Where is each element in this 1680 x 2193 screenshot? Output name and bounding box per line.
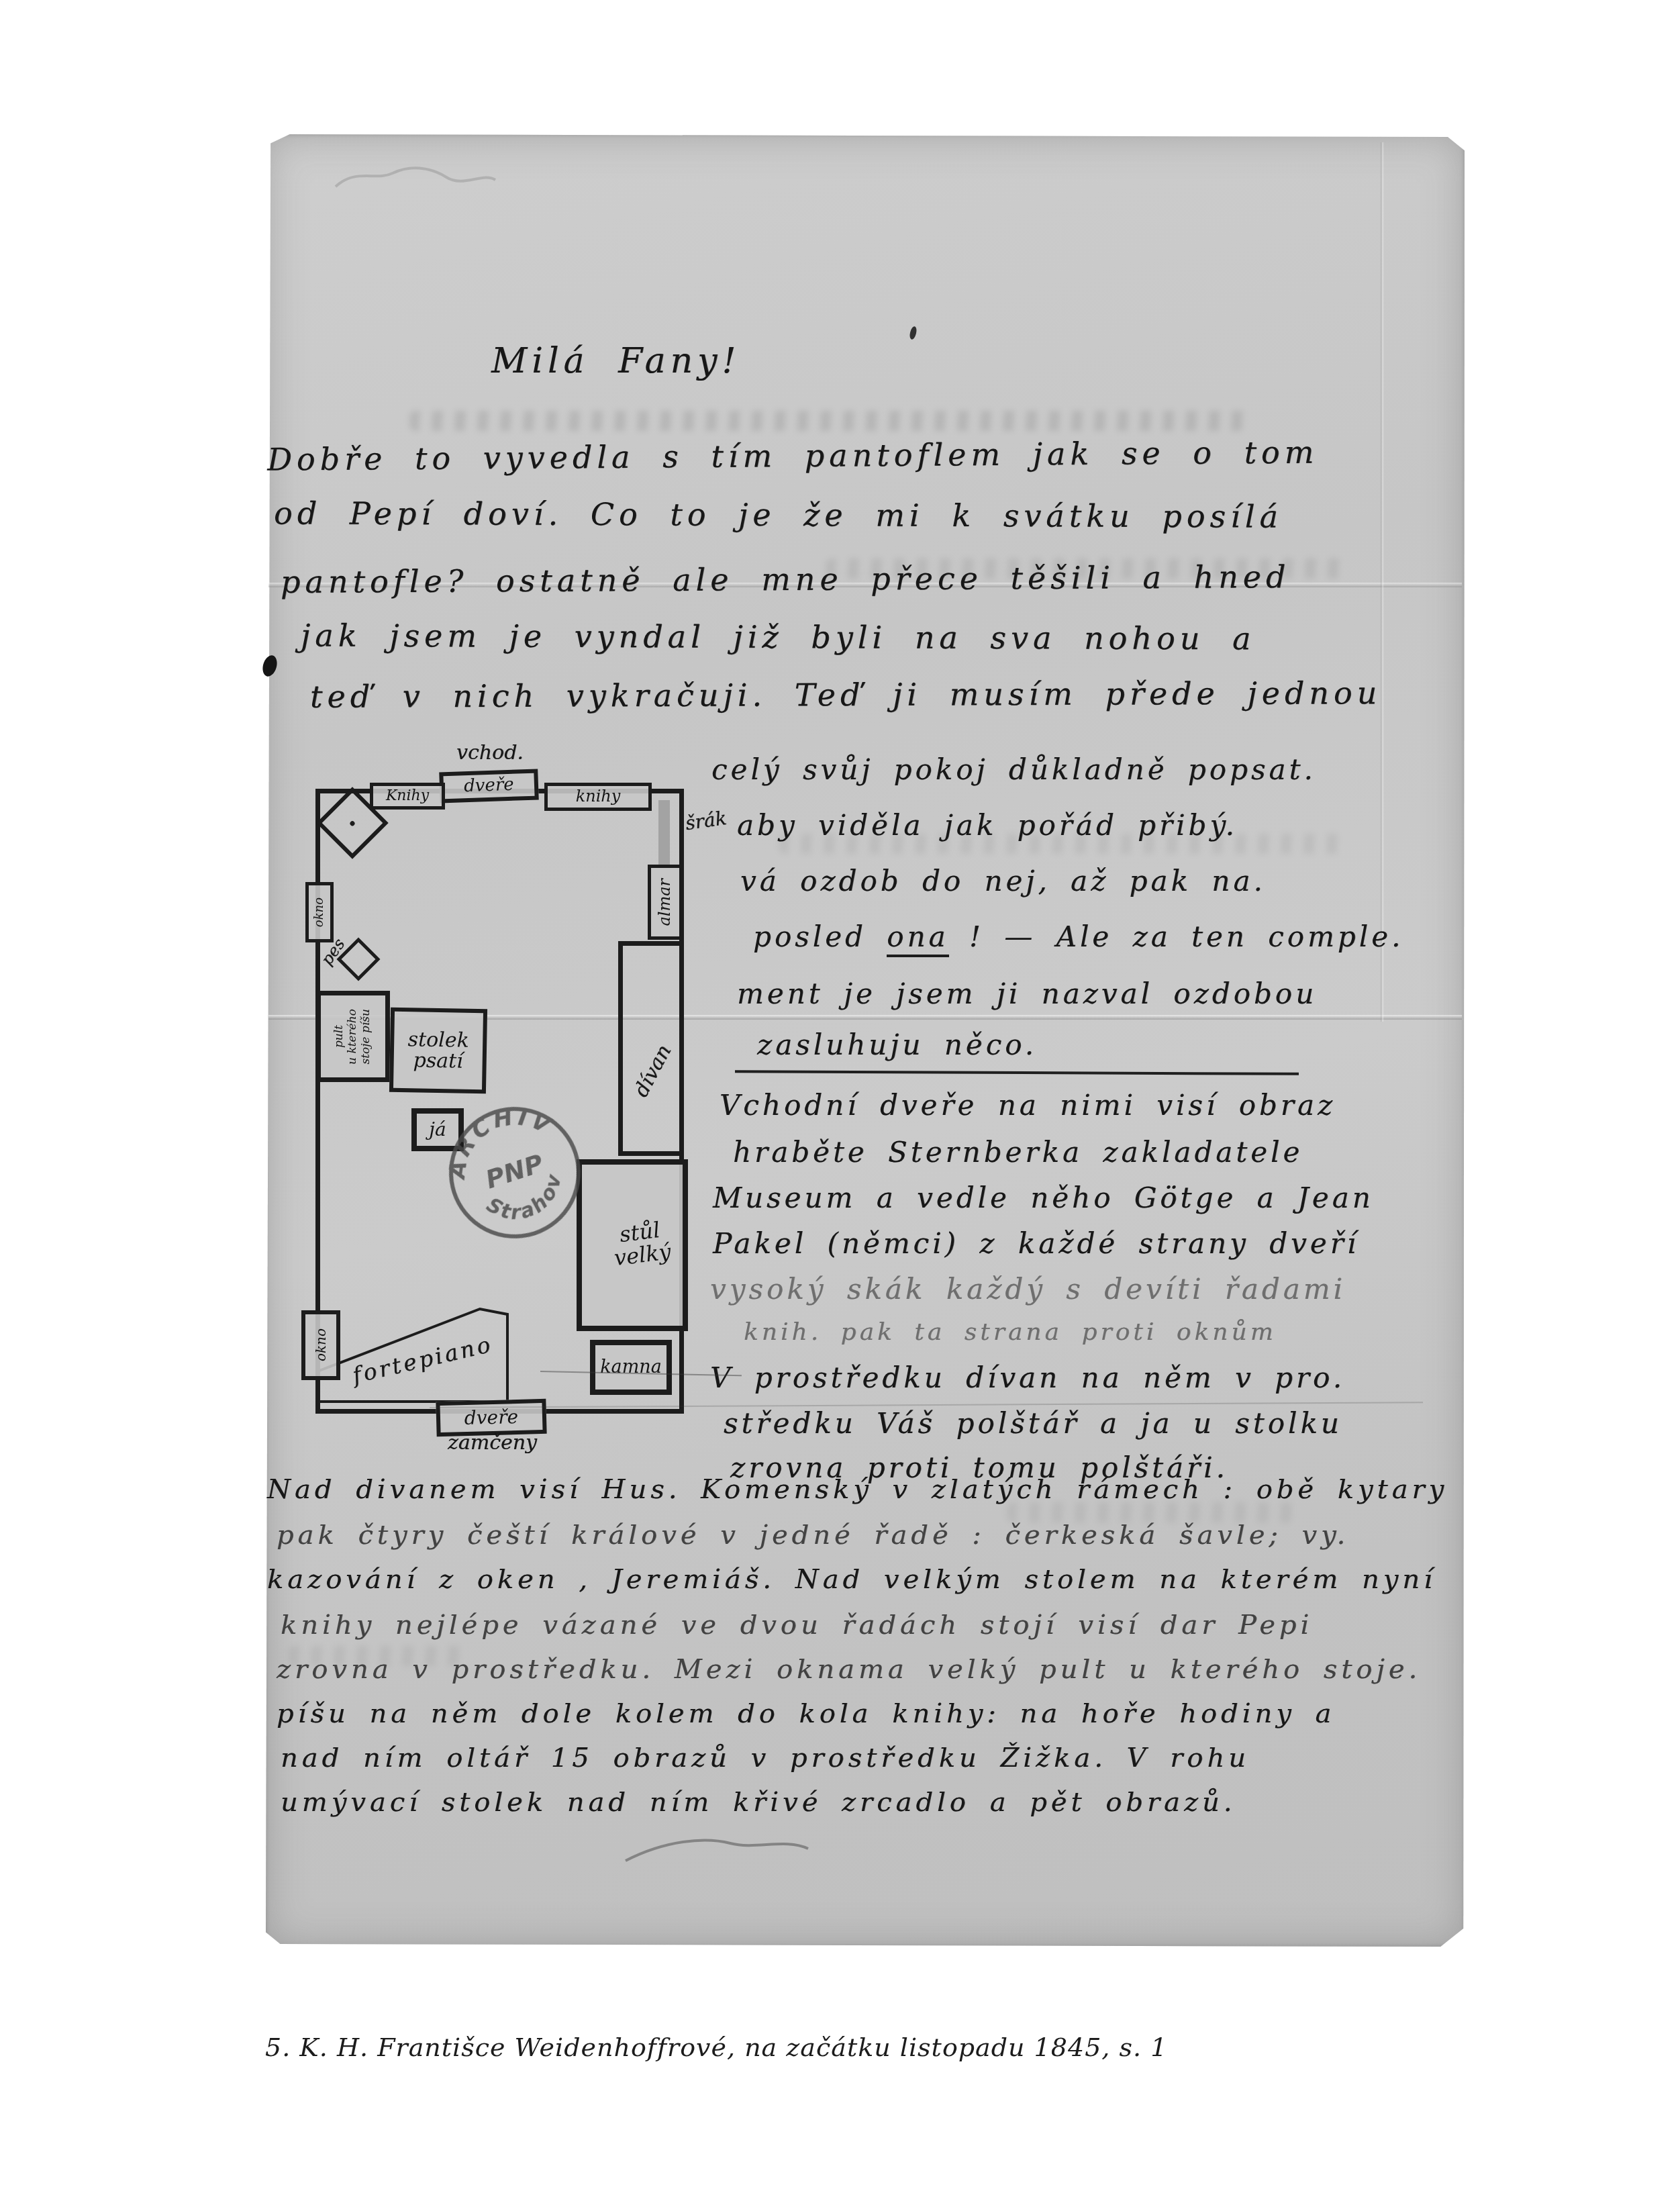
letter-line: vysoký skák každý s devíti řadami — [710, 1273, 1346, 1306]
letter-line: pantofle? ostatně ale mne přece těšili a… — [281, 558, 1291, 600]
standing-desk-label-1: pult — [334, 1025, 346, 1048]
window-bottom-box: okno — [301, 1310, 340, 1380]
fold-crease-vertical — [1380, 142, 1384, 1022]
big-table-box: stůl velký — [577, 1159, 688, 1331]
letter-line: Dobře to vyvedla s tím pantoflem jak se … — [267, 434, 1319, 478]
window-bottom-label: okno — [314, 1328, 328, 1361]
letter-line: zrovna v prostředku. Mezi oknama velký p… — [277, 1654, 1421, 1685]
letter-line: V prostředku dívan na něm v pro. — [710, 1361, 1345, 1394]
door-top-box: dveře — [439, 769, 539, 803]
letter-line: zasluhuju něco. — [757, 1028, 1037, 1061]
writing-table-box: stolek psatí — [389, 1008, 487, 1093]
standing-desk-label-3: stoje píšu — [360, 1009, 373, 1065]
books-left-label: Knihy — [386, 788, 429, 803]
letter-line: Vchodní dveře na nimi visí obraz — [720, 1089, 1336, 1122]
window-top-box: okno — [305, 882, 334, 942]
wardrobe-label: šrák — [684, 807, 728, 834]
pencil-squiggle — [617, 1826, 819, 1873]
letter-line: knihy nejlépe vázané ve dvou řadách stoj… — [281, 1610, 1313, 1641]
big-table-label: stůl velký — [593, 1218, 672, 1272]
writing-table-label-2: psatí — [407, 1050, 469, 1072]
cabinet-label: almar — [656, 879, 673, 926]
scanned-letter-page: Milá Fany! Dobře to vyvedla s tím pantof… — [0, 0, 1680, 2193]
pencil-scribble — [329, 154, 503, 201]
letter-line: kazování z oken , Jeremiáš. Nad velkým s… — [267, 1564, 1436, 1595]
big-table-label-2: velký — [613, 1240, 672, 1270]
door-bottom-label: dveře — [464, 1407, 518, 1428]
books-right-label: knihy — [576, 788, 621, 805]
stamp-text-middle: PNP — [482, 1149, 547, 1195]
writing-table-label: stolek psatí — [407, 1029, 469, 1073]
bleedthrough-ghost — [409, 411, 1248, 431]
corner-diamond-dot — [349, 820, 356, 826]
entrance-label: vchod. — [456, 741, 524, 765]
stove-box: kamna — [590, 1340, 672, 1395]
letter-line: od Pepí doví. Co to je že mi k svátku po… — [274, 495, 1283, 534]
letter-line: Museum a vedle něho Götge a Jean — [713, 1181, 1374, 1214]
books-left-box: Knihy — [370, 783, 445, 810]
salutation: Milá Fany! — [491, 341, 740, 381]
letter-line-part: ! — Ale za ten comple. — [969, 920, 1403, 953]
letter-line: píšu na něm dole kolem do kola knihy: na… — [277, 1698, 1335, 1729]
writing-table-label-1: stolek — [407, 1029, 469, 1051]
window-top-label: okno — [313, 897, 326, 927]
underlined-word: ona — [887, 920, 948, 957]
letter-line: jak jsem je vyndal již byli na sva nohou… — [301, 618, 1256, 657]
letter-line: ment je jsem ji nazval ozdobou — [737, 977, 1317, 1010]
letter-line: teď v nich vykračuji. Teď ji musím přede… — [310, 675, 1381, 715]
letter-line: nad ním oltář 15 obrazů v prostředku Žiž… — [281, 1743, 1250, 1773]
letter-line: pak čtyry čeští králové v jedné řadě : č… — [277, 1520, 1349, 1551]
standing-desk-box: pult u kterého stoje píšu — [316, 991, 390, 1082]
letter-line: hraběte Sternberka zakladatele — [733, 1136, 1303, 1169]
standing-desk-label-2: u kterého — [347, 1009, 359, 1065]
letter-line: Pakel (němci) z každé strany dveří — [713, 1227, 1359, 1260]
letter-line: umývací stolek nad ním křivé zrcadlo a p… — [281, 1787, 1236, 1818]
letter-line: vá ozdob do nej, až pak na. — [740, 865, 1266, 897]
wardrobe-strip — [658, 800, 670, 866]
figure-caption: 5. K. H. Františce Weidenhoffrové, na za… — [265, 2033, 1167, 2062]
cabinet-box: almar — [648, 865, 683, 940]
letter-line: celý svůj pokoj důkladně popsat. — [711, 753, 1316, 786]
letter-line: posled ona ! — Ale za ten comple. — [753, 920, 1403, 953]
letter-line: aby viděla jak pořád přibý. — [737, 809, 1238, 842]
door-top-label: dveře — [464, 776, 514, 796]
books-right-box: knihy — [544, 783, 652, 811]
letter-line: knih. pak ta strana proti oknům — [744, 1318, 1277, 1346]
letter-line: středku Váš polštář a ja u stolku — [724, 1407, 1342, 1440]
door-locked-label: zamčeny — [448, 1431, 537, 1455]
